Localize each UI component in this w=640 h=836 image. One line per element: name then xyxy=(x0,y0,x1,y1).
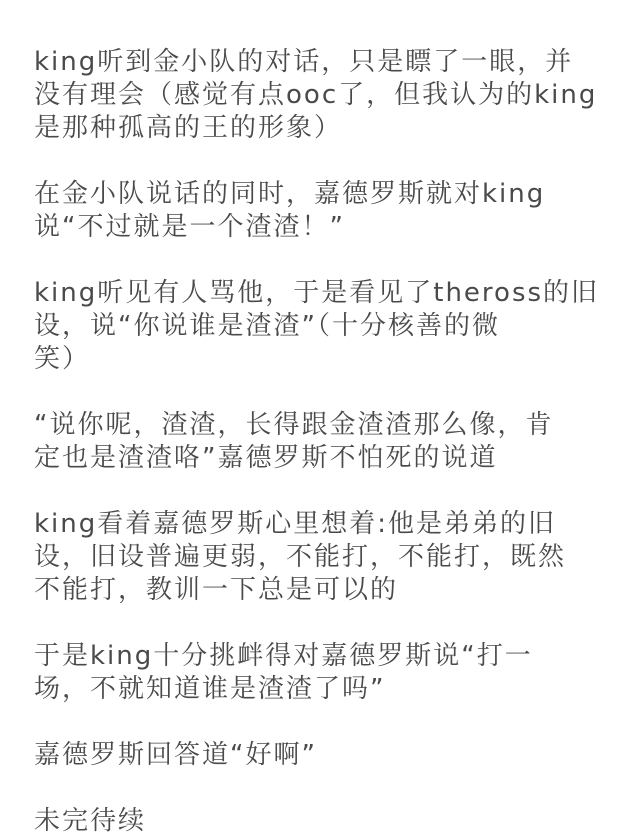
story-paragraph-1: king听到金小队的对话，只是瞟了一眼，并 没有理会（感觉有点ooc了，但我认为… xyxy=(34,46,616,145)
story-paragraph-2: 在金小队说话的同时，嘉德罗斯就对king 说“不过就是一个渣渣！” xyxy=(34,178,616,244)
story-paragraph-5: king看着嘉德罗斯心里想着:他是弟弟的旧 设，旧设普遍更弱，不能打，不能打，既… xyxy=(34,508,616,607)
story-paragraph-8: 未完待续 xyxy=(34,805,616,836)
story-paragraph-6: 于是king十分挑衅得对嘉德罗斯说“打一 场，不就知道谁是渣渣了吗” xyxy=(34,640,616,706)
story-paragraph-3: king听见有人骂他，于是看见了theross的旧 设，说“你说谁是渣渣”（十分… xyxy=(34,277,616,376)
story-paragraph-7: 嘉德罗斯回答道“好啊” xyxy=(34,739,616,772)
story-page: king听到金小队的对话，只是瞟了一眼，并 没有理会（感觉有点ooc了，但我认为… xyxy=(0,0,640,836)
story-paragraph-4: “说你呢，渣渣，长得跟金渣渣那么像，肯 定也是渣渣咯”嘉德罗斯不怕死的说道 xyxy=(34,409,616,475)
